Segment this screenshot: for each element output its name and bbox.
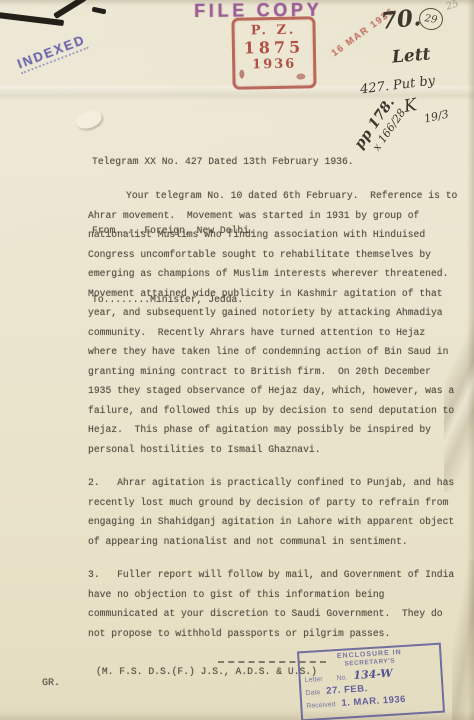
ink-blot [296, 73, 305, 79]
enclosure-letter-label: Letter [305, 676, 323, 684]
document-page: FILE COPY P. Z. 1875 1936 INDEXED 16 MAR… [0, 0, 474, 720]
handwritten-note-lett: Lett [391, 44, 431, 67]
corner-ink-mark [53, 0, 87, 19]
handwritten-note-putby: 427. Put by [359, 73, 436, 97]
enclosure-date-label: Date [305, 689, 320, 697]
indexed-stamp: INDEXED [15, 32, 88, 75]
pz-stamp-number: 1875 [235, 37, 313, 57]
pencil-corner-number: 25 [445, 0, 461, 13]
enclosure-stamp: ENCLOSURE IN SECRETARY'S Letter No. 134-… [297, 643, 445, 720]
enclosure-letter-number: 134-W [353, 667, 393, 682]
footer-initials: GR. [42, 678, 60, 689]
handwritten-side-note: pp 178. x 166/28 [351, 95, 411, 161]
handwritten-date-fraction: 19/3 [423, 108, 450, 126]
enclosure-no-label: No. [336, 674, 347, 682]
enclosure-received-value: 1. MAR. 1936 [341, 694, 406, 709]
paragraph-1: Your telegram No. 10 dated 6th February.… [88, 186, 460, 459]
circled-number-value: 29 [424, 13, 438, 26]
telegram-title-line: Telegram XX No. 427 Dated 13th February … [92, 150, 354, 173]
telegram-body: Your telegram No. 10 dated 6th February.… [88, 186, 460, 657]
paragraph-3: 3. Fuller report will follow by mail, an… [88, 565, 460, 643]
ink-blot [239, 70, 244, 79]
handwritten-file-number: 70. [380, 4, 423, 35]
enclosure-date-value: 27. FEB. [326, 683, 368, 697]
pz-stamp-initials: P. Z. [234, 22, 312, 38]
right-edge-shadow [467, 0, 474, 720]
paragraph-2: 2. Ahrar agitation is practically confin… [88, 473, 460, 551]
distribution-credit-line: (M. F.S. D.S.(F.) J.S., A.D.S. & U.S.) [96, 666, 317, 677]
corner-ink-mark [92, 7, 107, 15]
pz-stamp-year: 1936 [235, 56, 313, 72]
enclosure-received-label: Received [306, 701, 336, 710]
pz-registry-stamp: P. Z. 1875 1936 [231, 16, 316, 89]
